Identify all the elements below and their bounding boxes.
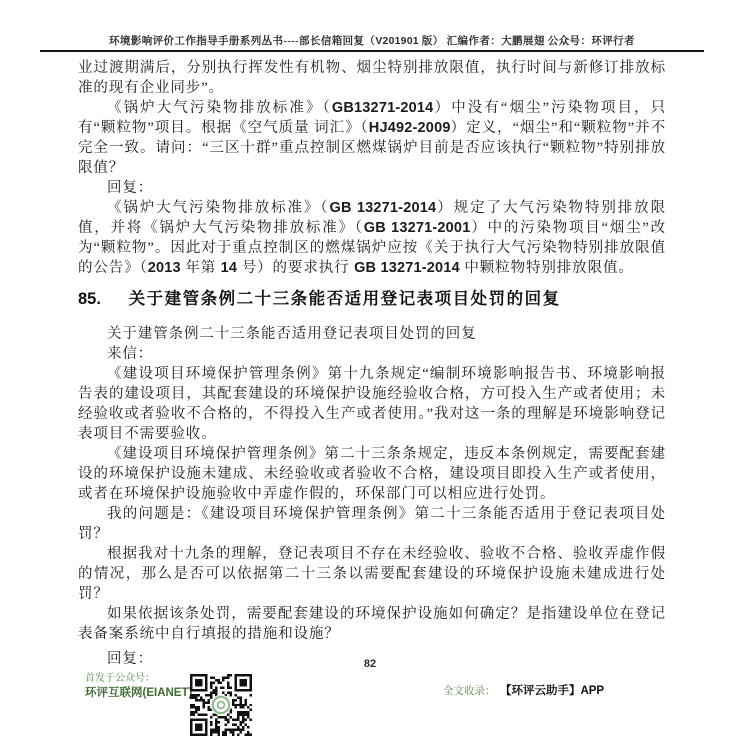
paragraph-letter: 《建设项目环境保护管理条例》第二十三条条规定，违反本条例规定，需要配套建设的环境… xyxy=(78,444,666,504)
paragraph-continuation: 业过渡期满后，分别执行挥发性有机物、烟尘特别排放限值，执行时间与新修订排放标准的… xyxy=(78,58,666,98)
qr-code-icon xyxy=(190,674,252,736)
app-info: 全文收录： 【环评云助手】APP xyxy=(443,681,604,699)
header-title: 环境影响评价工作指导手册系列丛书----部长信箱回复（V201901 版） 汇编… xyxy=(40,33,704,48)
paragraph-question: 《锅炉大气污染物排放标准》（GB13271-2014）中没有“烟尘”污染物项目，… xyxy=(78,98,666,178)
app-info-name: 【环评云助手】APP xyxy=(500,685,604,697)
document-body: 业过渡期满后，分别执行挥发性有机物、烟尘特别排放限值，执行时间与新修订排放标准的… xyxy=(78,58,666,669)
section-number: 85. xyxy=(78,290,101,308)
page-number: 82 xyxy=(0,658,740,670)
reply-label: 回复： xyxy=(78,178,666,198)
paragraph-question: 根据我对十九条的理解，登记表项目不存在未经验收、验收不合格、验收弄虚作假的情况，… xyxy=(78,544,666,604)
document-page: 环境影响评价工作指导手册系列丛书----部长信箱回复（V201901 版） 汇编… xyxy=(0,0,740,740)
paragraph-letter: 《建设项目环境保护管理条例》第十九条规定“编制环境影响报告书、环境影响报告表的建… xyxy=(78,364,666,444)
letter-label: 来信： xyxy=(78,344,666,364)
publisher-line1: 首发于公众号： xyxy=(85,672,192,686)
publisher-info: 首发于公众号： 环评互联网(EIANET) xyxy=(85,672,192,700)
paragraph-question: 如果依据该条处罚，需要配套建设的环境保护设施如何确定？是指建设单位在登记表备案系… xyxy=(78,604,666,644)
paragraph-question: 我的问题是：《建设项目环境保护管理条例》第二十三条能否适用于登记表项目处罚？ xyxy=(78,504,666,544)
app-info-prefix: 全文收录： xyxy=(443,685,496,697)
header-divider xyxy=(40,50,704,52)
publisher-line2: 环评互联网(EIANET) xyxy=(85,686,192,700)
paragraph-reply: 《锅炉大气污染物排放标准》（GB 13271-2014）规定了大气污染物特别排放… xyxy=(78,198,666,278)
section-title: 关于建管条例二十三条能否适用登记表项目处罚的回复 xyxy=(129,289,561,308)
section-heading: 85. 关于建管条例二十三条能否适用登记表项目处罚的回复 xyxy=(78,287,666,311)
section-subtitle: 关于建管条例二十三条能否适用登记表项目处罚的回复 xyxy=(78,324,666,344)
